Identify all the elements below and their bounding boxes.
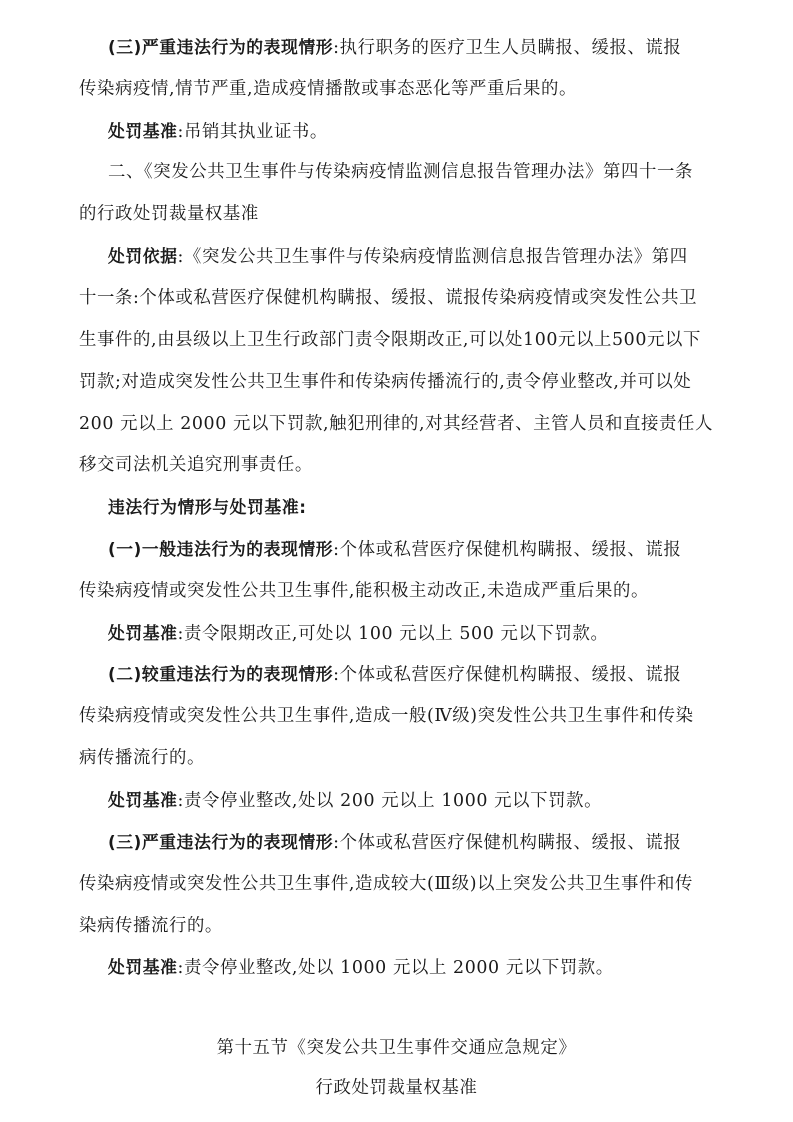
severe-violation-text-cont: 传染病疫情,情节严重,造成疫情播散或事态恶化等严重后果的。 — [79, 78, 577, 100]
penalty-standard-label: 处罚基准 — [108, 623, 178, 643]
penalty-standard-line: 处罚基准:吊销其执业证书。 — [108, 120, 328, 143]
penalty-standard-label: 处罚基准 — [108, 121, 178, 141]
severe-violation-line: (三)严重违法行为的表现情形:个体或私营医疗保健机构瞒报、缓报、谎报 — [108, 831, 681, 854]
serious-violation-line: (二)较重违法行为的表现情形:个体或私营医疗保健机构瞒报、缓报、谎报 — [108, 663, 681, 686]
penalty-standard-label: 处罚基准 — [108, 957, 178, 977]
penalty-standard-text: :吊销其执业证书。 — [178, 122, 328, 142]
section-heading-title: 第十五节《突发公共卫生事件交通应急规定》 — [0, 1037, 793, 1059]
penalty-standard-text: :责令限期改正,可处以 100 元以上 500 元以下罚款。 — [178, 624, 609, 644]
severe-violation-text-cont: 传染病疫情或突发性公共卫生事件,造成较大(Ⅲ级)以上突发公共卫生事件和传 — [79, 873, 693, 895]
severe-violation-label: (三)严重违法行为的表现情形 — [108, 832, 333, 852]
severe-violation-label: (三)严重违法行为的表现情形 — [108, 37, 333, 57]
penalty-basis-label: 处罚依据 — [108, 246, 178, 266]
penalty-standard-line: 处罚基准:责令限期改正,可处以 100 元以上 500 元以下罚款。 — [108, 622, 608, 645]
article-heading-line: 二、《突发公共卫生事件与传染病疫情监测信息报告管理办法》第四十一条 — [108, 161, 693, 183]
severe-violation-text-cont: 染病传播流行的。 — [79, 915, 223, 937]
penalty-basis-text-cont: 生事件的,由县级以上卫生行政部门责令限期改正,可以处100元以上500元以下 — [79, 329, 701, 351]
serious-violation-label: (二)较重违法行为的表现情形 — [108, 664, 333, 684]
serious-violation-text-cont: 传染病疫情或突发性公共卫生事件,造成一般(Ⅳ级)突发性公共卫生事件和传染 — [79, 705, 694, 727]
penalty-basis-text-cont: 十一条:个体或私营医疗保健机构瞒报、缓报、谎报传染病疫情或突发性公共卫 — [79, 287, 697, 309]
serious-violation-text-cont: 病传播流行的。 — [79, 747, 205, 769]
article-heading-line-cont: 的行政处罚裁量权基准 — [79, 203, 259, 225]
penalty-basis-text-cont: 移交司法机关追究刑事责任。 — [79, 454, 313, 476]
penalty-basis-text-cont: 200 元以上 2000 元以下罚款,触犯刑律的,对其经营者、主管人员和直接责任… — [79, 413, 713, 435]
penalty-standard-line: 处罚基准:责令停业整改,处以 200 元以上 1000 元以下罚款。 — [108, 789, 602, 812]
section-heading-subtitle: 行政处罚裁量权基准 — [0, 1077, 793, 1099]
general-violation-text: :个体或私营医疗保健机构瞒报、缓报、谎报 — [333, 540, 681, 560]
severe-violation-paragraph-line: (三)严重违法行为的表现情形:执行职务的医疗卫生人员瞒报、缓报、谎报 — [108, 36, 681, 59]
violation-standards-heading: 违法行为情形与处罚基准: — [108, 496, 307, 518]
penalty-standard-label: 处罚基准 — [108, 790, 178, 810]
serious-violation-text: :个体或私营医疗保健机构瞒报、缓报、谎报 — [333, 665, 681, 685]
penalty-standard-line: 处罚基准:责令停业整改,处以 1000 元以上 2000 元以下罚款。 — [108, 956, 614, 979]
general-violation-label: (一)一般违法行为的表现情形 — [108, 539, 333, 559]
penalty-standard-text: :责令停业整改,处以 1000 元以上 2000 元以下罚款。 — [178, 958, 614, 978]
general-violation-line: (一)一般违法行为的表现情形:个体或私营医疗保健机构瞒报、缓报、谎报 — [108, 538, 681, 561]
penalty-standard-text: :责令停业整改,处以 200 元以上 1000 元以下罚款。 — [178, 791, 603, 811]
penalty-basis-text: :《突发公共卫生事件与传染病疫情监测信息报告管理办法》第四 — [178, 247, 688, 267]
penalty-basis-text-cont: 罚款;对造成突发性公共卫生事件和传染病传播流行的,责令停业整改,并可以处 — [79, 371, 691, 393]
severe-violation-text: :个体或私营医疗保健机构瞒报、缓报、谎报 — [333, 833, 681, 853]
penalty-basis-line: 处罚依据:《突发公共卫生事件与传染病疫情监测信息报告管理办法》第四 — [108, 245, 688, 268]
severe-violation-text: :执行职务的医疗卫生人员瞒报、缓报、谎报 — [333, 38, 681, 58]
general-violation-text-cont: 传染病疫情或突发性公共卫生事件,能积极主动改正,未造成严重后果的。 — [79, 580, 649, 602]
